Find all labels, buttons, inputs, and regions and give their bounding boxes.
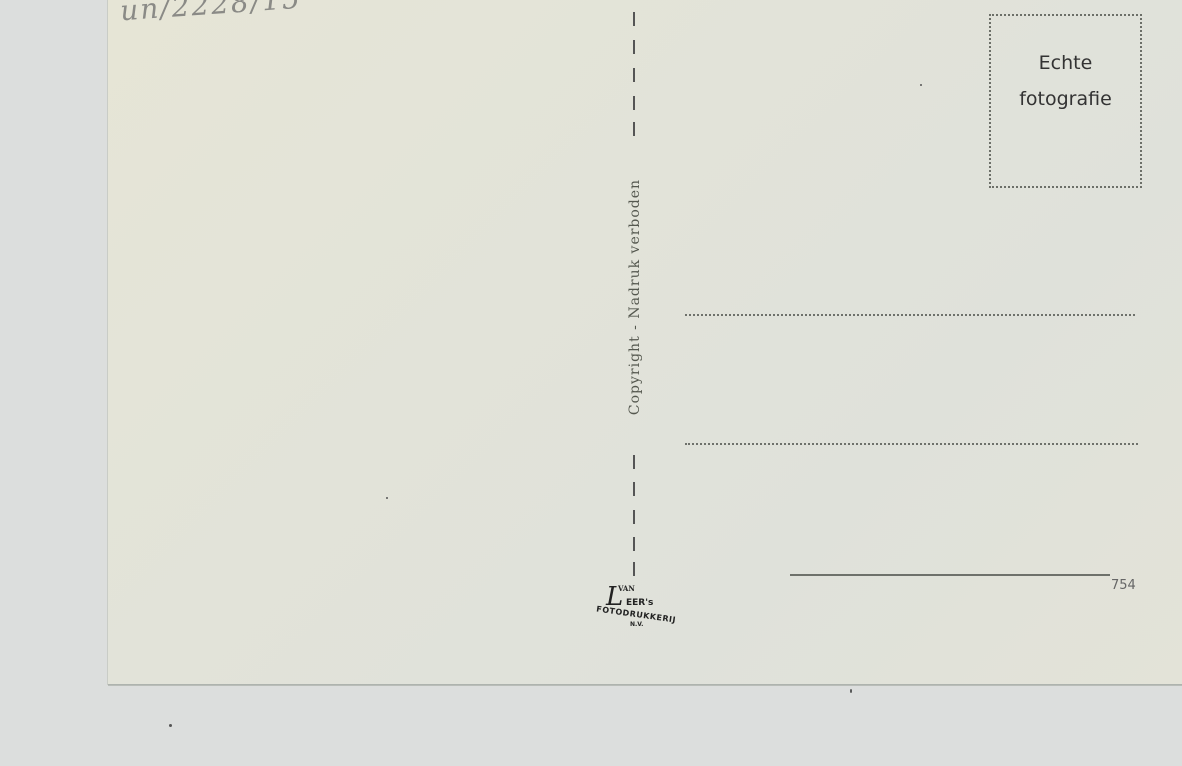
divider-dash [633,482,635,496]
speck [850,689,852,693]
divider-dash [633,122,635,136]
print-number: 754 [1111,578,1136,593]
address-line-1 [685,314,1135,316]
logo-nv: N.V. [630,621,643,628]
logo-van: VAN [618,584,635,593]
publisher-logo: L VAN EER's FOTODRUKKERIJ N.V. [594,582,674,632]
speck [169,724,172,727]
postcard-back: un/2228/15 Copyright - Nadruk verboden L… [108,0,1182,685]
stamp-box: Echte fotografie [989,14,1142,188]
divider-dash [633,68,635,82]
divider-dash [633,537,635,551]
divider-dash [633,455,635,469]
divider-dash [633,40,635,54]
divider-dash [633,562,635,576]
speck [386,497,388,499]
copyright-text: Copyright - Nadruk verboden [620,172,650,422]
divider-dash [633,12,635,26]
logo-name: EER's [626,598,653,608]
stamp-text-line1: Echte [991,52,1140,74]
divider-dash [633,96,635,110]
copyright-label: Copyright - Nadruk verboden [627,179,643,415]
speck [920,84,922,86]
divider-dash [633,510,635,524]
stamp-text-line2: fotografie [991,88,1140,110]
address-line-3 [790,574,1110,576]
handwritten-note: un/2228/15 [119,0,303,27]
address-line-2 [685,443,1138,445]
